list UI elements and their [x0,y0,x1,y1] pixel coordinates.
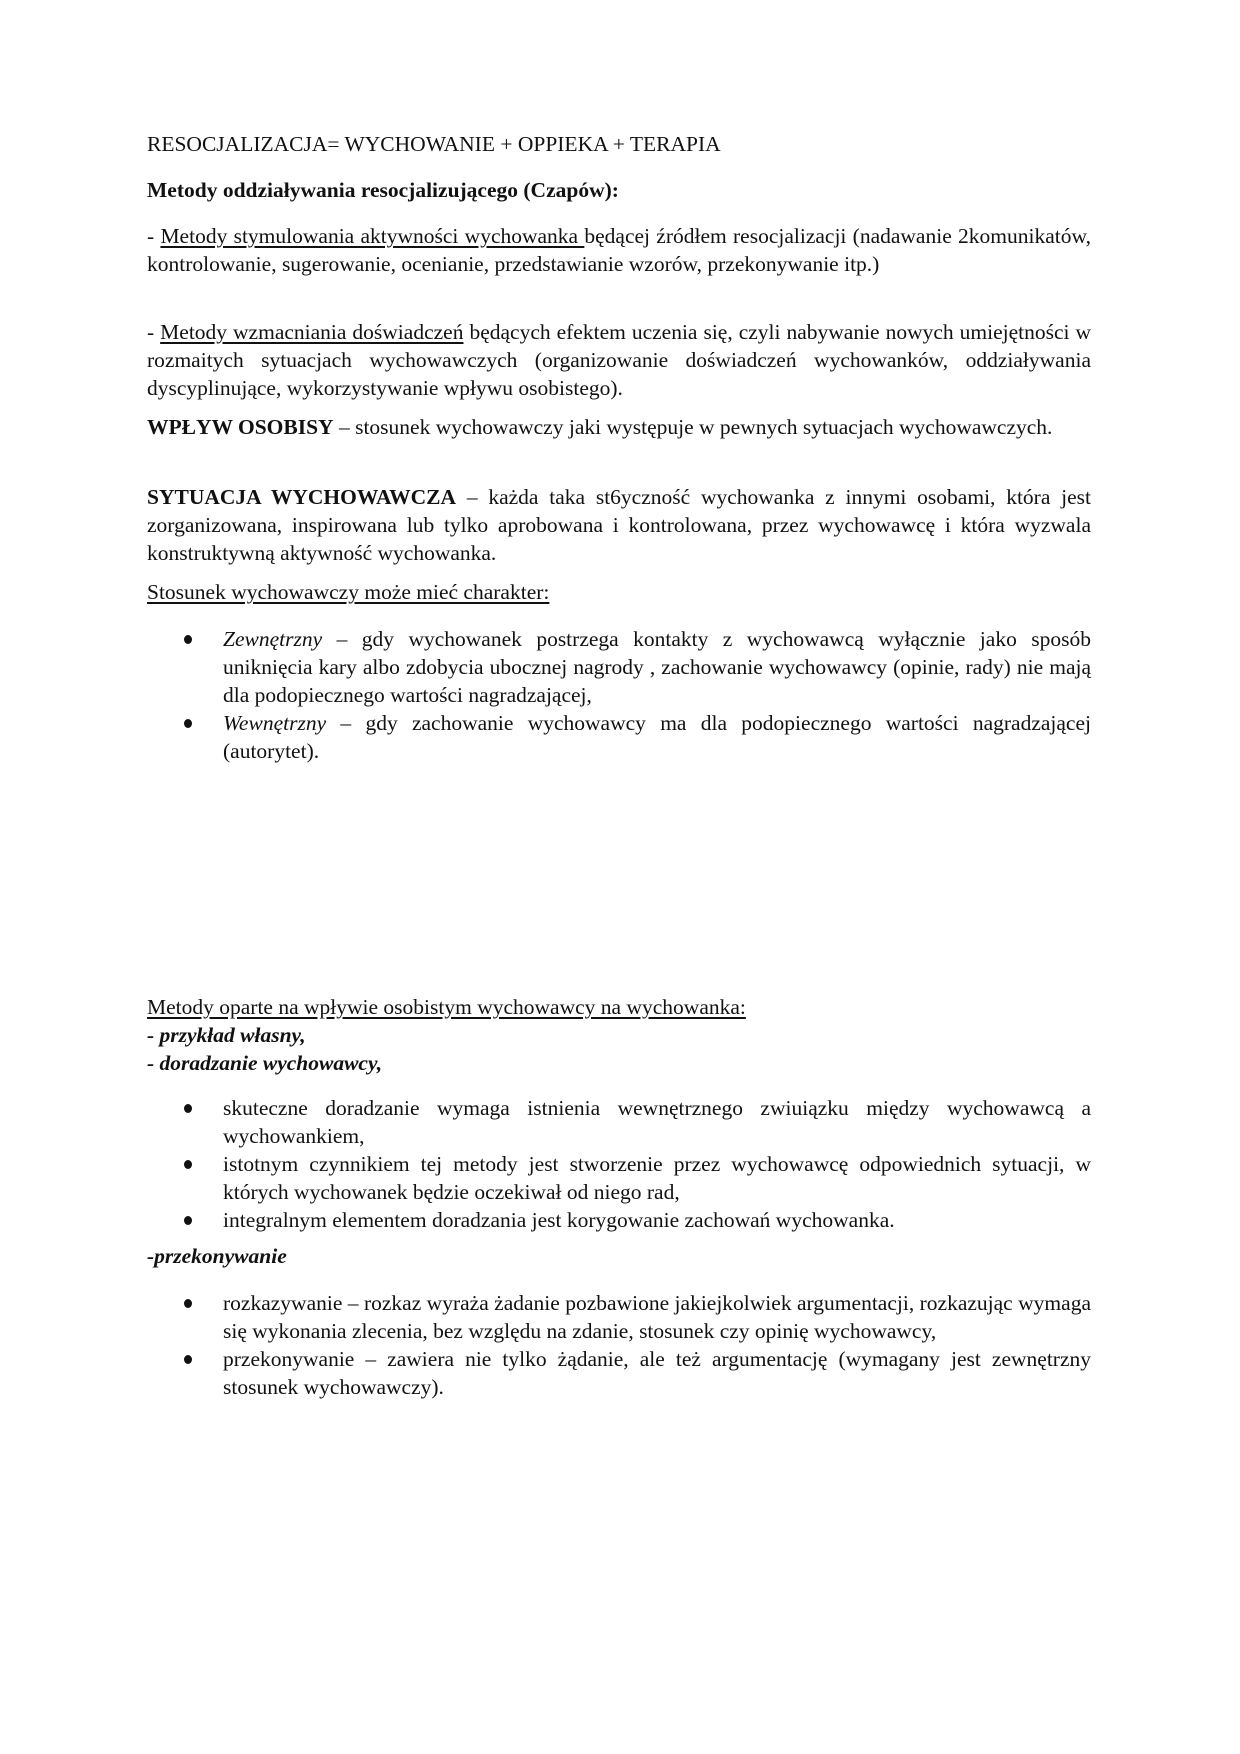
section-heading: Metody oddziaływania resocjalizującego (… [147,176,1091,204]
list-item: Zewnętrzny – gdy wychowanek postrzega ko… [147,625,1091,709]
advice-list: skuteczne doradzanie wymaga istnienia we… [147,1094,1091,1234]
definition-personal-influence: WPŁYW OSOBISY – stosunek wychowawczy jak… [147,413,1091,441]
bullet-icon [184,1216,192,1225]
relation-heading: Stosunek wychowawczy może mieć charakter… [147,578,1091,606]
list-item: przekonywanie – zawiera nie tylko żądani… [147,1345,1091,1401]
method-own-example: - przykład własny, [147,1021,1091,1049]
relation-list: Zewnętrzny – gdy wychowanek postrzega ko… [147,625,1091,765]
persuasion-heading: -przekonywanie [147,1242,1091,1270]
definition-term: WPŁYW OSOBISY [147,415,334,439]
list-item: istotnym czynnikiem tej metody jest stwo… [147,1150,1091,1206]
list-item: Wewnętrzny – gdy zachowanie wychowawcy m… [147,709,1091,765]
list-item: skuteczne doradzanie wymaga istnienia we… [147,1094,1091,1150]
bullet-icon [184,1299,192,1308]
definition-educational-situation: SYTUACJA WYCHOWAWCZA – każda taka st6ycz… [147,483,1091,567]
personal-methods-heading: Metody oparte na wpływie osobistym wycho… [147,993,1091,1021]
definition-term: SYTUACJA WYCHOWAWCZA [147,485,456,509]
method-stimulation: - Metody stymulowania aktywności wychowa… [147,222,1091,278]
method-advising: - doradzanie wychowawcy, [147,1049,1091,1077]
list-item-term: Wewnętrzny [223,711,326,735]
bullet-icon [184,1104,192,1113]
list-item-term: Zewnętrzny [223,627,322,651]
document-title: RESOCJALIZACJA= WYCHOWANIE + OPPIEKA + T… [147,130,1091,158]
persuasion-list: rozkazywanie – rozkaz wyraża żadanie poz… [147,1289,1091,1401]
method-term: Metody stymulowania aktywności wychowank… [160,224,584,248]
method-term: Metody wzmacniania doświadczeń [160,320,463,344]
list-item: rozkazywanie – rozkaz wyraża żadanie poz… [147,1289,1091,1345]
method-reinforcement: - Metody wzmacniania doświadczeń będącyc… [147,318,1091,402]
list-item: integralnym elementem doradzania jest ko… [147,1206,1091,1234]
bullet-icon [184,1355,192,1364]
bullet-icon [184,635,192,644]
bullet-icon [184,1160,192,1169]
bullet-icon [184,719,192,728]
